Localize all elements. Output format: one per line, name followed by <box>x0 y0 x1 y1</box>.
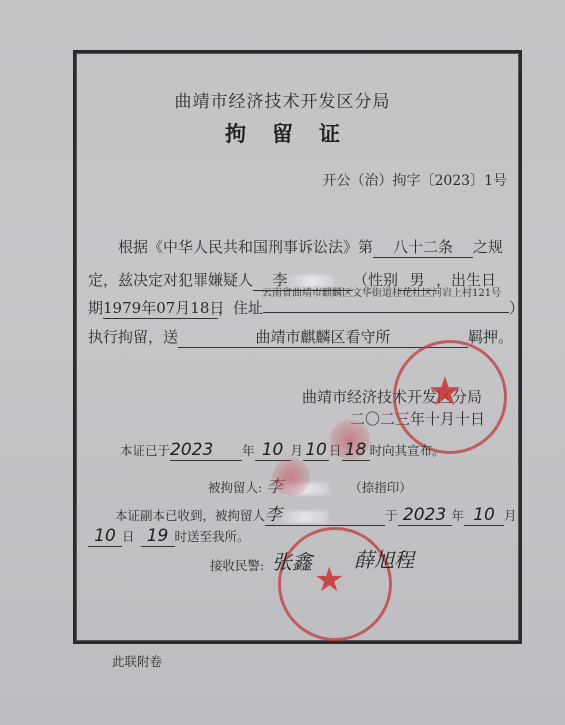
announcement-suffix: 时向其宣布。 <box>370 443 445 458</box>
receipt-hour: 19 <box>141 526 175 547</box>
document-title: 拘留证 <box>0 118 565 148</box>
receipt-day: 10 <box>88 526 122 547</box>
body-text: 羁押。 <box>468 328 513 346</box>
receipt-prefix: 本证副本已收到，被拘留人 <box>115 508 265 523</box>
receipt-suffix: 时送至我所。 <box>175 529 250 544</box>
year-label: 年 <box>452 508 465 523</box>
footer-note: 此联附卷 <box>112 652 162 670</box>
dob-field: 1979年07月18日 <box>103 297 218 319</box>
receipt-name-field: 李 <box>265 500 385 526</box>
address-close: ） <box>509 299 524 317</box>
address-label: ，住址 <box>218 299 263 317</box>
officer-signature-2: 薛旭程 <box>354 544 414 573</box>
body-line-1: 根据《中华人民共和国刑事诉讼法》第八十二条之规 <box>118 236 503 258</box>
detainee-label: 被拘留人: <box>208 480 262 495</box>
announce-day: 10 <box>303 440 329 461</box>
receipt-year: 2023 <box>398 505 452 526</box>
dob-prefix: 期 <box>88 299 103 317</box>
month-label: 月 <box>291 443 304 458</box>
month-label: 月 <box>504 508 517 523</box>
receipt-name: 李 <box>265 505 282 525</box>
day-label: 日 <box>122 529 135 544</box>
article-field: 八十二条 <box>373 236 473 258</box>
receipt-line: 本证副本已收到，被拘留人李于2023年10月 <box>115 500 517 526</box>
body-line-3: 期1979年07月18日，住址） <box>88 297 524 319</box>
receipt-month: 10 <box>464 505 504 526</box>
seal-star-icon: ★ <box>427 372 463 412</box>
year-label: 年 <box>242 443 255 458</box>
body-text: 定，兹决定对犯罪嫌疑人 <box>88 271 253 289</box>
law-reference: 根据《中华人民共和国刑事诉讼法》第 <box>118 238 373 256</box>
body-text: 之规 <box>473 238 503 256</box>
fingerprint-mark <box>272 458 310 496</box>
document-number: 开公（治）拘字〔2023〕1号 <box>322 170 507 190</box>
announcement-prefix: 本证已于 <box>120 443 170 458</box>
body-text: 执行拘留，送 <box>88 328 178 346</box>
officers-label: 接收民警: <box>210 556 264 574</box>
announcement-line: 本证已于2023年10月10日18时向其宣布。 <box>120 440 445 461</box>
officer-signature-1: 张鑫 <box>272 546 312 575</box>
address-field-line <box>263 312 509 313</box>
receipt-line-2: 10日19时送至我所。 <box>88 526 250 547</box>
redacted-name <box>282 511 328 523</box>
announce-year: 2023 <box>170 440 242 461</box>
agency-heading: 曲靖市经济技术开发区分局 <box>0 87 565 112</box>
seal-star-icon: ★ <box>314 563 344 597</box>
day-label: 日 <box>329 443 342 458</box>
fingerprint-label: （捺指印） <box>349 480 412 495</box>
announce-hour: 18 <box>342 440 370 461</box>
receipt-at: 于 <box>385 508 398 523</box>
